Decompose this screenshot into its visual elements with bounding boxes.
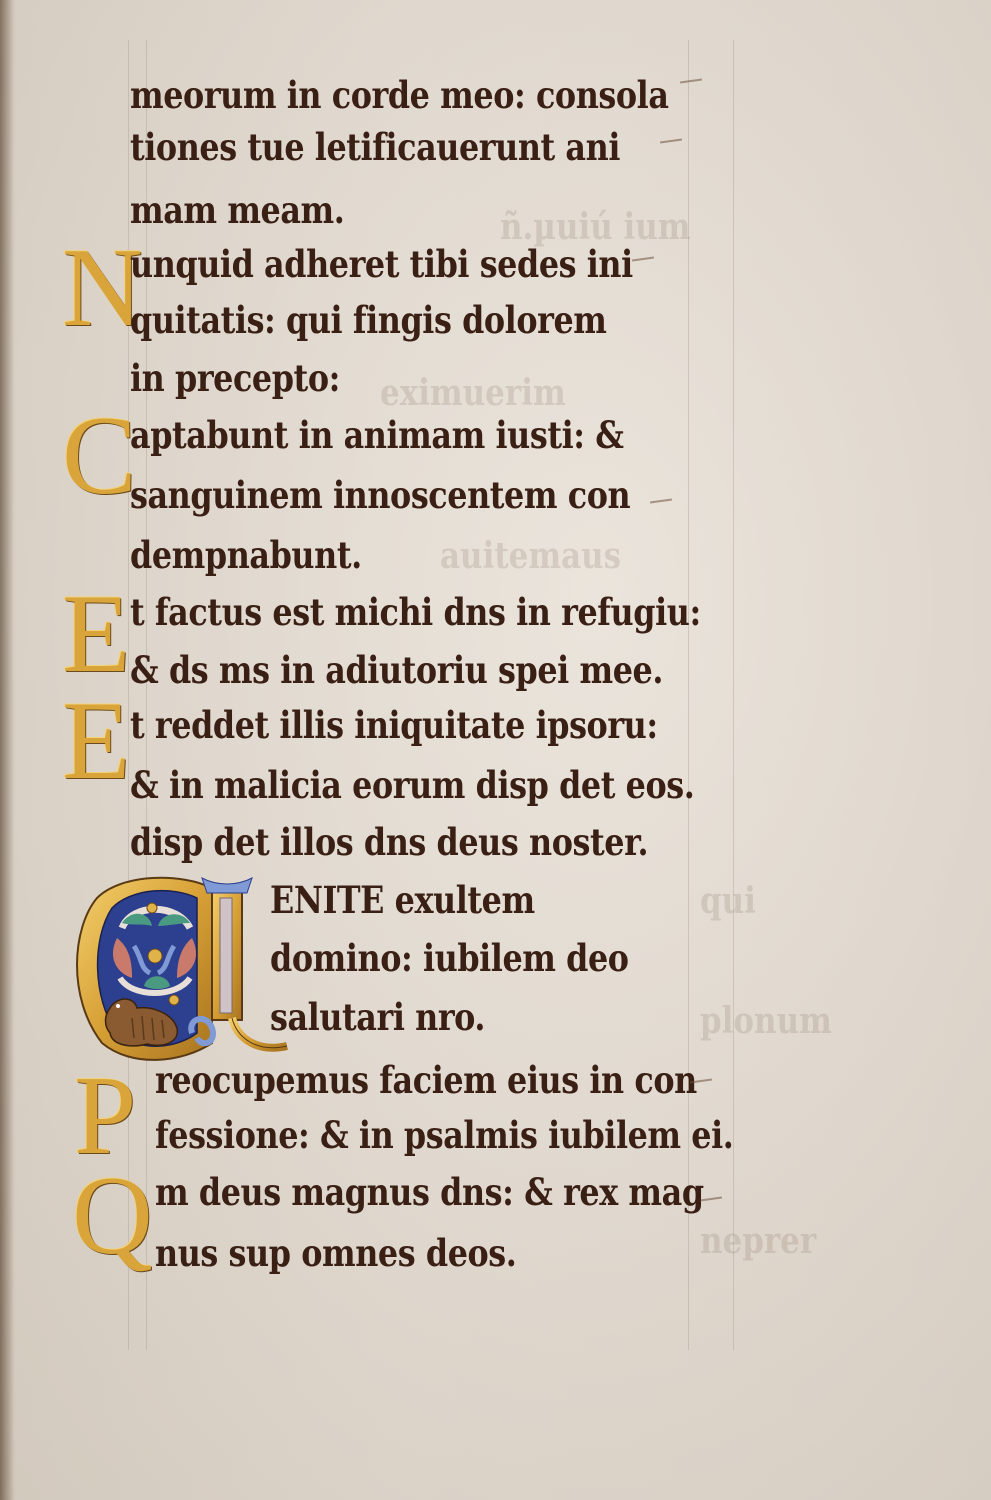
gold-initial-e: E — [62, 578, 130, 690]
show-through-text: plonum — [700, 1000, 832, 1042]
gutter-shadow — [0, 0, 14, 1500]
line-hyphen — [680, 78, 702, 83]
text-line: mam meam. — [130, 190, 344, 230]
gold-initial-q: Q — [72, 1160, 153, 1272]
text-line: ENITE exultem — [270, 880, 535, 920]
text-line: t reddet illis iniquitate ipsoru: — [130, 705, 658, 745]
line-hyphen — [632, 256, 654, 261]
text-line: fessione: & in psalmis iubilem ei. — [155, 1115, 733, 1155]
text-line: aptabunt in animam iusti: & — [130, 415, 624, 455]
text-line: m deus magnus dns: & rex mag — [155, 1172, 704, 1212]
text-line: unquid adheret tibi sedes ini — [130, 244, 633, 284]
text-line: salutari nro. — [270, 997, 485, 1037]
text-line: domino: iubilem deo — [270, 938, 629, 978]
text-line: tiones tue letificauerunt ani — [130, 127, 620, 167]
show-through-text: neprer — [700, 1220, 816, 1262]
illuminated-initial-v — [62, 868, 294, 1063]
text-line: disp det illos dns deus noster. — [130, 822, 648, 862]
line-hyphen — [650, 498, 672, 503]
text-line: & in malicia eorum disp det eos. — [130, 765, 694, 805]
text-line: quitatis: qui fingis dolorem — [130, 300, 607, 340]
text-line: in precepto: — [130, 358, 340, 398]
text-line: t factus est michi dns in refugiu: — [130, 592, 701, 632]
manuscript-page: ñ.µuiú ium eximuerim auitemaus qui plonu… — [0, 0, 991, 1500]
gold-initial-c: C — [62, 400, 137, 512]
show-through-text: auitemaus — [440, 535, 621, 577]
text-line: meorum in corde meo: consola — [130, 75, 669, 115]
show-through-text: eximuerim — [380, 372, 566, 414]
show-through-text: qui — [700, 880, 756, 922]
text-line: sanguinem innoscentem con — [130, 475, 630, 515]
text-line: & ds ms in adiutoriu spei mee. — [130, 650, 663, 690]
text-line: nus sup omnes deos. — [155, 1233, 516, 1273]
text-line: reocupemus faciem eius in con — [155, 1060, 697, 1100]
line-hyphen — [660, 138, 682, 143]
gold-initial-e: E — [62, 685, 130, 797]
text-line: dempnabunt. — [130, 535, 362, 575]
